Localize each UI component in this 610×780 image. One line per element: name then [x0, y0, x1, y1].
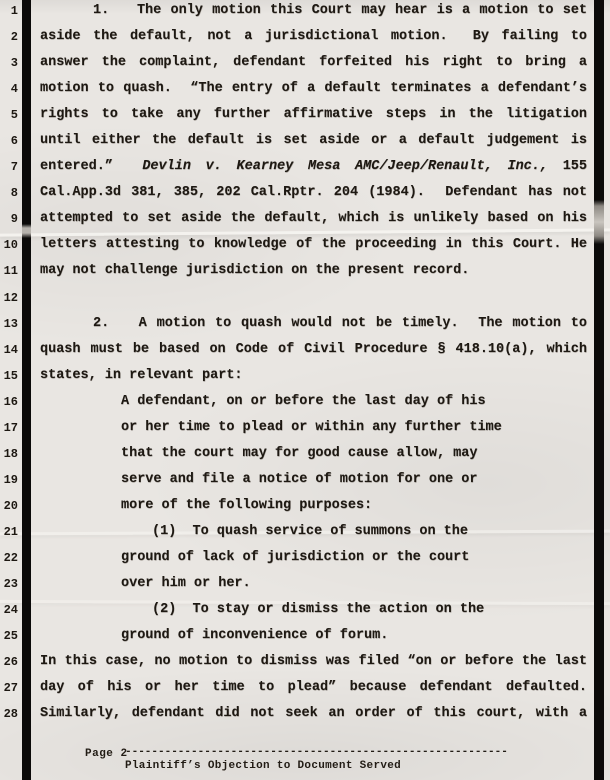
document-line-row: 15states, in relevant part:: [0, 363, 610, 389]
document-line-text: motion to quash. “The entry of a default…: [40, 76, 587, 102]
line-number: 14: [0, 337, 18, 363]
document-line-row: 12: [0, 285, 610, 311]
document-line-text: A defendant, on or before the last day o…: [40, 389, 587, 415]
document-line-row: 26In this case, no motion to dismiss was…: [0, 649, 610, 675]
document-line-text: attempted to set aside the default, whic…: [40, 206, 587, 232]
line-number: 24: [0, 597, 18, 623]
document-line-row: 17or her time to plead or within any fur…: [0, 415, 610, 441]
text-segment: 155: [548, 159, 587, 174]
line-number: 5: [0, 102, 18, 128]
line-number: 7: [0, 154, 18, 180]
text-segment: entered.”: [40, 159, 142, 174]
document-line-row: 19serve and file a notice of motion for …: [0, 467, 610, 493]
document-line-text: or her time to plead or within any furth…: [40, 415, 587, 441]
document-line-text: quash must be based on Code of Civil Pro…: [40, 337, 587, 363]
document-line-text: ground of lack of jurisdiction or the co…: [40, 545, 587, 571]
case-citation-italic: Devlin v. Kearney Mesa AMC/Jeep/Renault,…: [142, 159, 548, 174]
document-line-row: 21(1) To quash service of summons on the: [0, 519, 610, 545]
line-number: 10: [0, 232, 18, 258]
line-number: 17: [0, 415, 18, 441]
document-line-text: (1) To quash service of summons on the: [40, 519, 587, 545]
document-line-text: serve and file a notice of motion for on…: [40, 467, 587, 493]
document-line-row: 18that the court may for good cause allo…: [0, 441, 610, 467]
document-line-text: over him or her.: [40, 571, 587, 597]
document-line-text: letters attesting to knowledge of the pr…: [40, 232, 587, 258]
line-number: 22: [0, 545, 18, 571]
line-number: 25: [0, 623, 18, 649]
scanned-pleading-page: 11. The only motion this Court may hear …: [0, 0, 610, 780]
line-number: 6: [0, 128, 18, 154]
line-number: 28: [0, 701, 18, 727]
document-line-row: 132. A motion to quash would not be time…: [0, 311, 610, 337]
document-line-row: 9attempted to set aside the default, whi…: [0, 206, 610, 232]
document-line-text: rights to take any further affirmative s…: [40, 102, 587, 128]
line-number: 20: [0, 493, 18, 519]
line-number: 8: [0, 180, 18, 206]
line-number: 1: [0, 0, 18, 24]
document-line-text: may not challenge jurisdiction on the pr…: [40, 258, 587, 284]
line-number: 26: [0, 649, 18, 675]
document-line-row: 11may not challenge jurisdiction on the …: [0, 258, 610, 284]
line-number: 3: [0, 50, 18, 76]
line-number: 9: [0, 206, 18, 232]
footer-title: Plaintiff’s Objection to Document Served: [125, 760, 401, 772]
line-number: 18: [0, 441, 18, 467]
document-line-row: 11. The only motion this Court may hear …: [0, 0, 610, 24]
document-line-text: ground of inconvenience of forum.: [40, 623, 587, 649]
line-number: 27: [0, 675, 18, 701]
document-line-text: answer the complaint, defendant forfeite…: [40, 50, 587, 76]
document-line-row: 23over him or her.: [0, 571, 610, 597]
document-line-text: that the court may for good cause allow,…: [40, 441, 587, 467]
document-line-text: aside the default, not a jurisdictional …: [40, 24, 587, 50]
document-line-row: 2aside the default, not a jurisdictional…: [0, 24, 610, 50]
line-number: 2: [0, 24, 18, 50]
document-line-row: 8Cal.App.3d 381, 385, 202 Cal.Rptr. 204 …: [0, 180, 610, 206]
line-number: 23: [0, 571, 18, 597]
document-line-text: [40, 285, 587, 311]
document-line-text: 2. A motion to quash would not be timely…: [40, 311, 587, 337]
document-line-row: 25ground of inconvenience of forum.: [0, 623, 610, 649]
document-line-text: more of the following purposes:: [40, 493, 587, 519]
document-line-text: states, in relevant part:: [40, 363, 587, 389]
document-line-row: 6until either the default is set aside o…: [0, 128, 610, 154]
line-number: 4: [0, 76, 18, 102]
document-line-row: 7entered.” Devlin v. Kearney Mesa AMC/Je…: [0, 154, 610, 180]
document-line-row: 5rights to take any further affirmative …: [0, 102, 610, 128]
document-line-row: 22ground of lack of jurisdiction or the …: [0, 545, 610, 571]
line-number: 12: [0, 285, 18, 311]
document-line-text: Cal.App.3d 381, 385, 202 Cal.Rptr. 204 (…: [40, 180, 587, 206]
document-line-row: 28Similarly, defendant did not seek an o…: [0, 701, 610, 727]
document-line-row: 3answer the complaint, defendant forfeit…: [0, 50, 610, 76]
document-line-row: 24(2) To stay or dismiss the action on t…: [0, 597, 610, 623]
document-line-text: until either the default is set aside or…: [40, 128, 587, 154]
footer-divider: ----------------------------------------…: [125, 746, 508, 758]
line-number: 19: [0, 467, 18, 493]
document-line-row: 10letters attesting to knowledge of the …: [0, 232, 610, 258]
line-number: 16: [0, 389, 18, 415]
document-line-row: 14quash must be based on Code of Civil P…: [0, 337, 610, 363]
document-line-text: entered.” Devlin v. Kearney Mesa AMC/Jee…: [40, 154, 587, 180]
document-lines: 11. The only motion this Court may hear …: [0, 0, 610, 727]
footer-page-label: Page 2: [85, 748, 128, 760]
document-line-row: 20more of the following purposes:: [0, 493, 610, 519]
document-line-text: In this case, no motion to dismiss was f…: [40, 649, 587, 675]
line-number: 11: [0, 258, 18, 284]
document-line-row: 16A defendant, on or before the last day…: [0, 389, 610, 415]
line-number: 15: [0, 363, 18, 389]
document-line-text: day of his or her time to plead” because…: [40, 675, 587, 701]
document-line-text: 1. The only motion this Court may hear i…: [40, 0, 587, 24]
document-line-row: 4motion to quash. “The entry of a defaul…: [0, 76, 610, 102]
document-line-text: Similarly, defendant did not seek an ord…: [40, 701, 587, 727]
line-number: 13: [0, 311, 18, 337]
document-line-text: (2) To stay or dismiss the action on the: [40, 597, 587, 623]
document-line-row: 27day of his or her time to plead” becau…: [0, 675, 610, 701]
line-number: 21: [0, 519, 18, 545]
